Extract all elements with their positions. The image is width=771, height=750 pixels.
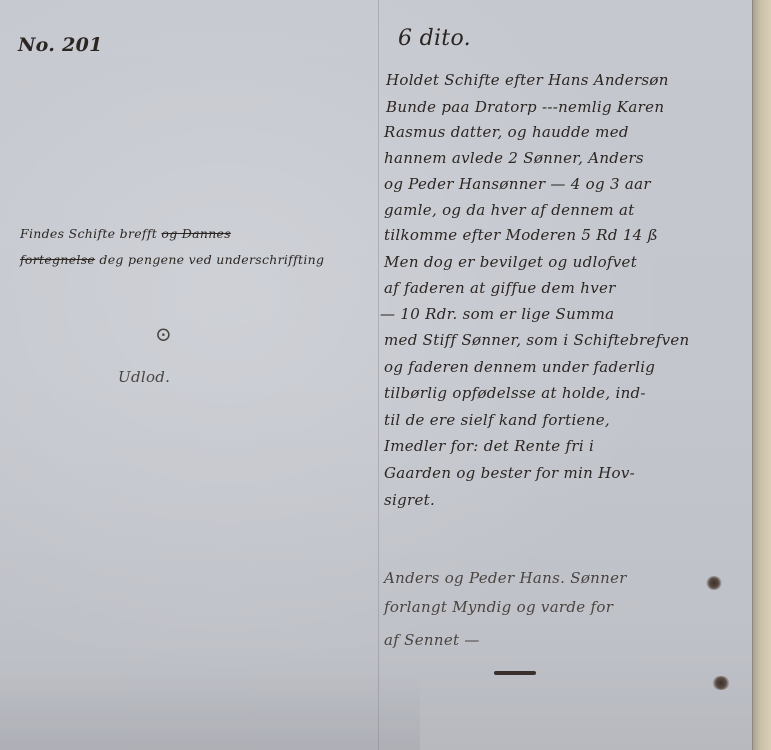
margin-rule-line (378, 0, 379, 750)
body-line-13: tilbørlig opfødelsse at holde, ind- (384, 383, 646, 403)
entry-date-heading: 6 dito. (398, 26, 471, 51)
body-line-16: Gaarden og bester for min Hov- (384, 463, 635, 483)
body-line-4: hannem avlede 2 Sønner, Anders (384, 148, 644, 168)
margin-note-line-2-struck: fortegnelse (20, 252, 95, 267)
body-line-5: og Peder Hansønner — 4 og 3 aar (384, 174, 651, 194)
body-line-19: forlangt Myndig og varde for (384, 597, 613, 617)
margin-note-line-1-text: Findes Schifte brefft (20, 226, 157, 241)
body-line-1: Holdet Schifte efter Hans Andersøn (386, 70, 669, 90)
margin-note-line-1-struck: og Dannes (161, 226, 231, 241)
marginal-word: Udlod. (118, 368, 170, 386)
body-line-20: af Sennet — (384, 630, 480, 650)
marginal-circle-symbol: ⊙ (155, 322, 172, 346)
page-shadow (0, 670, 420, 750)
body-line-14: til de ere sielf kand fortiene, (384, 410, 610, 430)
body-line-6: gamle, og da hver af dennem at (384, 200, 635, 220)
body-line-2: Bunde paa Dratorp ---nemlig Karen (386, 97, 664, 117)
margin-note-line-2-text: deg pengene ved underschriffting (99, 252, 324, 267)
margin-note-line-1: Findes Schifte brefft og Dannes (20, 226, 231, 241)
ink-blot (706, 576, 722, 590)
manuscript-page: No. 201 6 dito. Findes Schifte brefft og… (0, 0, 756, 750)
body-line-3: Rasmus datter, og haudde med (384, 122, 629, 142)
entry-number: No. 201 (18, 34, 103, 56)
body-line-15: Imedler for: det Rente fri i (384, 436, 594, 456)
body-line-8: Men dog er bevilget og udlofvet (384, 252, 637, 272)
closing-dash (494, 671, 536, 675)
body-line-10: — 10 Rdr. som er lige Summa (380, 304, 614, 324)
body-line-18: Anders og Peder Hans. Sønner (384, 568, 627, 588)
body-line-17: sigret. (384, 490, 435, 510)
body-line-11: med Stiff Sønner, som i Schiftebrefven (384, 330, 690, 350)
body-line-12: og faderen dennem under faderlig (384, 357, 655, 377)
body-line-7: tilkomme efter Moderen 5 Rd 14 ß (384, 225, 658, 245)
body-line-9: af faderen at giffue dem hver (384, 278, 616, 298)
ink-blot (712, 676, 730, 690)
margin-note-line-2: fortegnelse deg pengene ved underschriff… (20, 252, 324, 267)
book-binding-edge (752, 0, 771, 750)
